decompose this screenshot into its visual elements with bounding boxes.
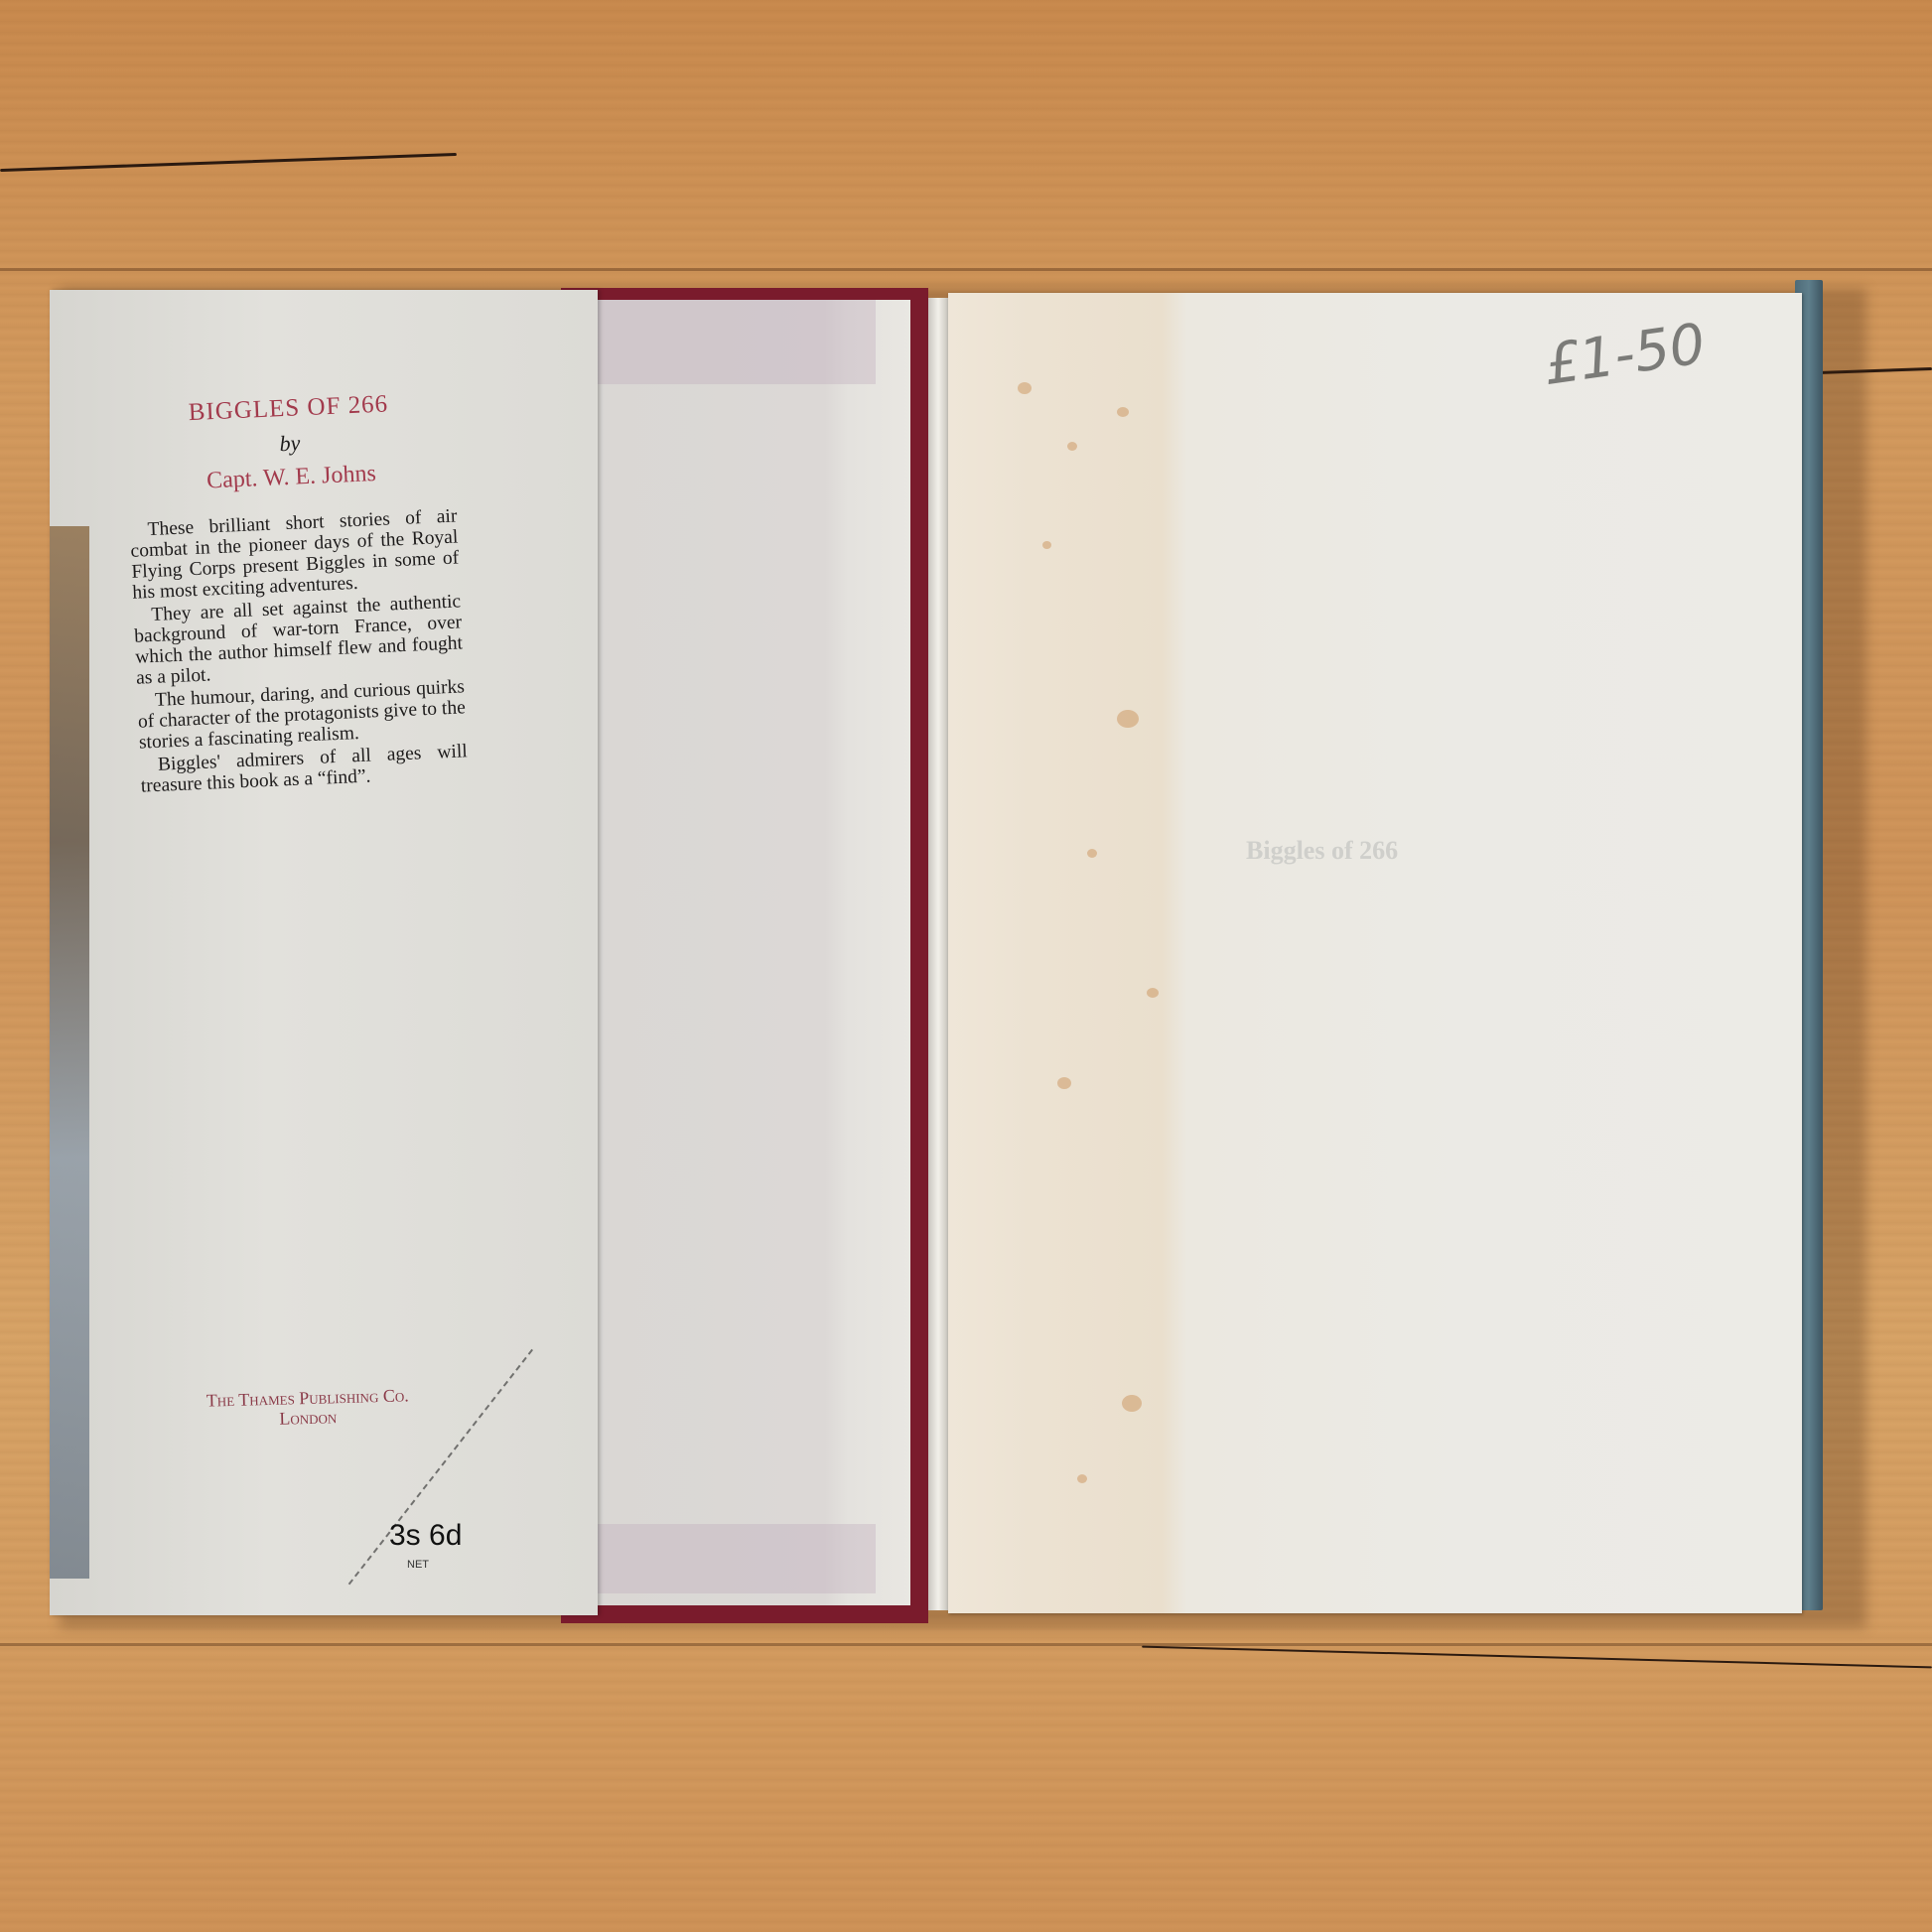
wood-crack (1142, 1646, 1932, 1669)
foxing-spot (1117, 407, 1129, 417)
flap-blurb: BIGGLES OF 266 by Capt. W. E. Johns Thes… (124, 388, 469, 799)
foxing-spot (1147, 988, 1159, 998)
flap-paragraph: The humour, daring, and curious quirks o… (137, 676, 467, 753)
front-endpaper (568, 300, 910, 1605)
jacket-price-net: NET (407, 1559, 429, 1571)
foxing-spot (1042, 541, 1051, 549)
foxing-spot (1077, 1474, 1087, 1483)
book-gutter (928, 298, 948, 1610)
half-title-text: Biggles of 266 (1246, 836, 1398, 866)
foxing-spot (1057, 1077, 1071, 1089)
flap-by: by (126, 424, 455, 464)
foxing-spot (1117, 710, 1139, 728)
publisher-imprint: The Thames Publishing Co. London (159, 1384, 458, 1432)
foxing-spot (1018, 382, 1032, 394)
flap-paragraph: They are all set against the authentic b… (133, 591, 464, 688)
endpaper-stain-bottom (568, 1524, 876, 1593)
jacket-cover-art-edge (50, 526, 89, 1579)
foxing-spot (1087, 849, 1097, 858)
flap-paragraph: These brilliant short stories of air com… (129, 505, 460, 603)
flap-author: Capt. W. E. Johns (127, 458, 456, 498)
foxing-spot (1122, 1395, 1142, 1412)
half-title-page (948, 293, 1802, 1613)
table-plank-seam (0, 1643, 1932, 1646)
endpaper-stain-top (568, 300, 876, 384)
wood-crack (0, 153, 457, 172)
table-plank-seam (0, 268, 1932, 271)
jacket-price: 3s 6d (389, 1519, 462, 1553)
foxing-spot (1067, 442, 1077, 451)
